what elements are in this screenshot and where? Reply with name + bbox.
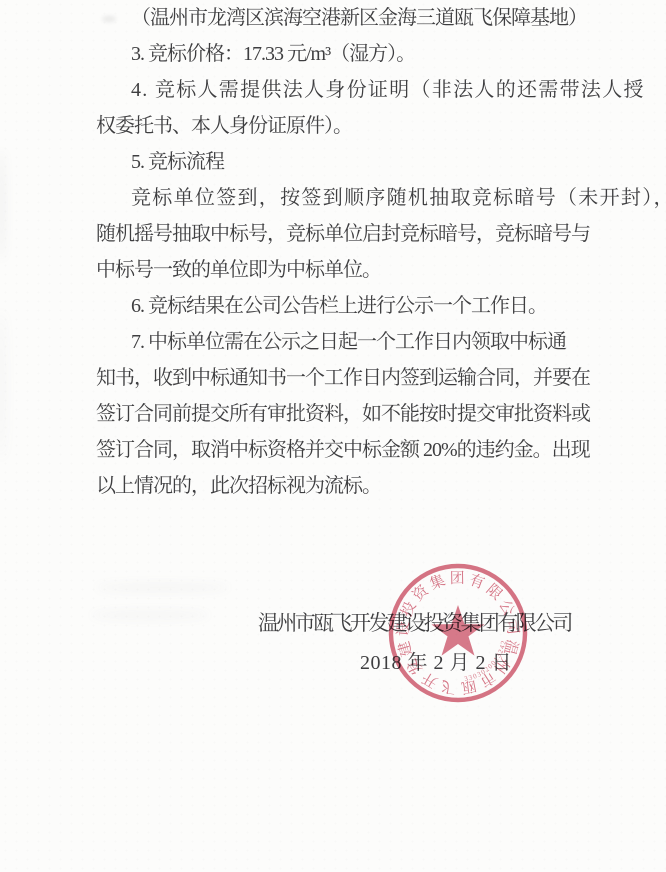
- seal-company-char: 集: [427, 572, 447, 593]
- seal-company-char: 有: [467, 571, 487, 592]
- company-seal-stamp: 温州市瓯飞开发建设投资集团有限公司3303020013242: [373, 548, 543, 718]
- text-line: 3. 竞标价格：17.33 元/m³（湿方）。: [96, 36, 656, 72]
- seal-company-char: 司: [503, 619, 522, 636]
- seal-company-char: 飞: [440, 677, 458, 696]
- seal-company-char: 团: [450, 570, 465, 587]
- text-line: （温州市龙湾区滨海空港新区金海三道瓯飞保障基地）: [96, 0, 656, 36]
- seal-star-icon: [431, 605, 484, 656]
- text-line: 权委托书、本人身份证原件）。: [96, 108, 656, 144]
- text-line: 以上情况的，此次招标视为流标。: [96, 468, 656, 504]
- text-line: 知书，收到中标通知书一个工作日内签到运输合同，并要在: [96, 360, 656, 396]
- scan-artifact: [0, 150, 5, 260]
- scan-artifact: [0, 310, 4, 460]
- text-line: 签订合同，取消中标资格并交中标金额 20%的违约金。出现: [96, 432, 656, 468]
- scanned-document-page: （温州市龙湾区滨海空港新区金海三道瓯飞保障基地）3. 竞标价格：17.33 元/…: [0, 0, 666, 872]
- text-line: 随机摇号抽取中标号，竞标单位启封竞标暗号，竞标暗号与: [96, 216, 656, 252]
- text-line: 7. 中标单位需在公示之日起一个工作日内领取中标通: [96, 324, 656, 360]
- text-line: 5. 竞标流程: [96, 144, 656, 180]
- seal-company-char: 设: [395, 621, 413, 637]
- text-line: 4. 竞标人需提供法人身份证明（非法人的还需带法人授: [96, 72, 656, 108]
- seal-company-char: 建: [396, 639, 417, 658]
- body-text: （温州市龙湾区滨海空港新区金海三道瓯飞保障基地）3. 竞标价格：17.33 元/…: [96, 0, 656, 504]
- scan-artifact: [90, 610, 210, 620]
- text-line: 竞标单位签到，按签到顺序随机抽取竞标暗号（未开封），: [96, 180, 656, 216]
- scan-artifact: [95, 583, 230, 592]
- text-line: 签订合同前提交所有审批资料，如不能按时提交审批资料或: [96, 396, 656, 432]
- text-line: 6. 竞标结果在公司公告栏上进行公示一个工作日。: [96, 288, 656, 324]
- seal-company-char: 公: [495, 598, 516, 619]
- text-line: 中标号一致的单位即为中标单位。: [96, 252, 656, 288]
